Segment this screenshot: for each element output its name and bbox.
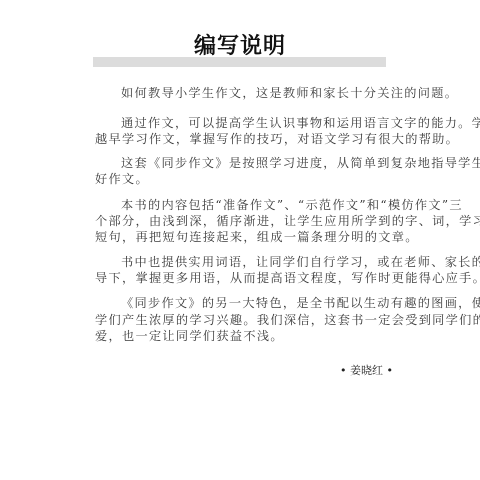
author-signature: • 姜晓红 • — [340, 362, 393, 378]
paragraph-5-line-2: 导下，掌握更多用语，从而提高语文程度，写作时更能得心应手。 — [95, 270, 480, 286]
paragraph-2-line-1: 通过作文，可以提高学生认识事物和运用语言文字的能力。学生 — [121, 115, 480, 131]
paragraph-3-line-1: 这套《同步作文》是按照学习进度，从简单到复杂地指导学生写 — [121, 155, 480, 171]
paragraph-3-line-2: 好作文。 — [95, 171, 149, 187]
paragraph-6-line-2: 学们产生浓厚的学习兴趣。我们深信，这套书一定会受到同学们的喜 — [95, 312, 480, 328]
paragraph-4-line-1: 本书的内容包括“准备作文”、“示范作文”和“模仿作文”三 — [121, 197, 463, 213]
paragraph-6-line-1: 《同步作文》的另一大特色，是全书配以生动有趣的图画，使同 — [121, 295, 480, 311]
paragraph-2-line-2: 越早学习作文，掌握写作的技巧，对语文学习有很大的帮助。 — [95, 131, 459, 147]
paragraph-6-line-3: 爱，也一定让同学们获益不浅。 — [95, 328, 284, 344]
paragraph-4-line-2: 个部分，由浅到深，循序渐进，让学生应用所学到的字、词，学习写 — [95, 213, 480, 229]
page-title: 编写说明 — [0, 33, 480, 61]
paragraph-4-line-3: 短句，再把短句连接起来，组成一篇条理分明的文章。 — [95, 229, 419, 245]
paragraph-5-line-1: 书中也提供实用词语，让同学们自行学习，或在老师、家长的辅 — [121, 254, 480, 270]
paragraph-1-line-1: 如何教导小学生作文，这是教师和家长十分关注的问题。 — [121, 85, 458, 101]
